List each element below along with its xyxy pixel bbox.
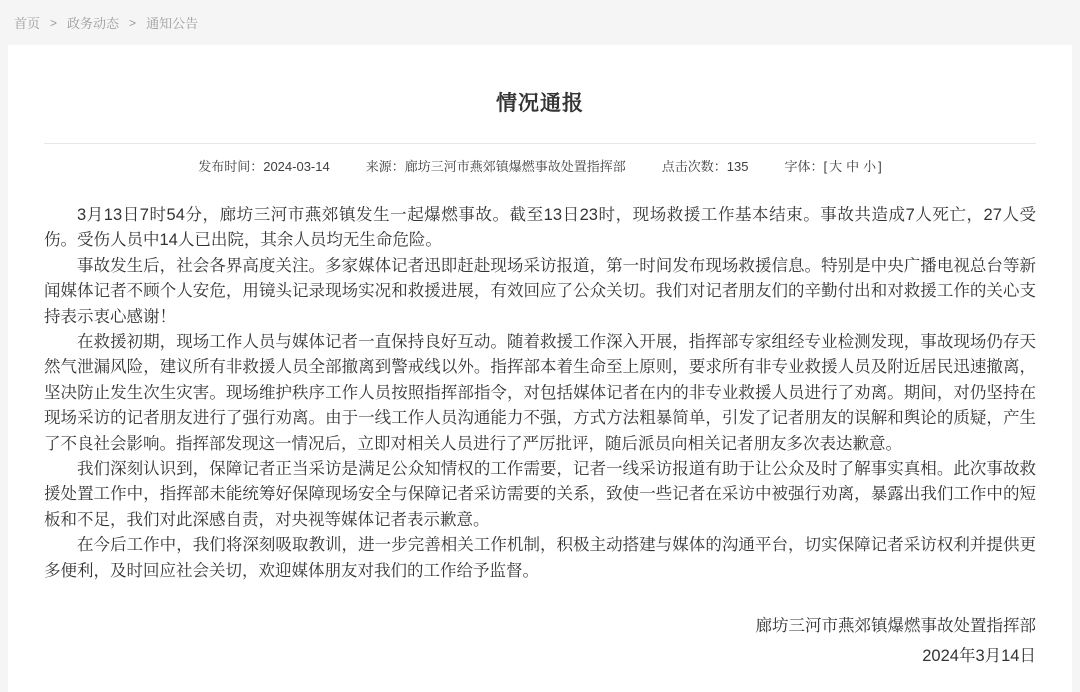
bracket-close: ] (878, 159, 882, 174)
breadcrumb-government-news[interactable]: 政务动态 (67, 13, 119, 32)
page-title: 情况通报 (44, 45, 1036, 143)
breadcrumb-separator: > (50, 16, 57, 30)
signature-block: 廊坊三河市燕郊镇爆燃事故处置指挥部 2024年3月14日 (44, 611, 1036, 671)
click-count-value: 135 (727, 159, 749, 174)
breadcrumb-notices[interactable]: 通知公告 (146, 13, 198, 32)
signature-org: 廊坊三河市燕郊镇爆燃事故处置指挥部 (44, 611, 1036, 641)
paragraph: 事故发生后，社会各界高度关注。多家媒体记者迅即赶赴现场采访报道，第一时间发布现场… (44, 254, 1036, 330)
bracket-open: [ (823, 159, 827, 174)
font-size-large-button[interactable]: 大 (829, 159, 842, 174)
paragraph: 3月13日7时54分，廊坊三河市燕郊镇发生一起爆燃事故。截至13日23时，现场救… (44, 203, 1036, 254)
click-count: 点击次数：135 (662, 156, 749, 175)
source-label: 来源： (366, 159, 405, 174)
publish-time-value: 2024-03-14 (263, 159, 330, 174)
article-meta: 发布时间：2024-03-14 来源：廊坊三河市燕郊镇爆燃事故处置指挥部 点击次… (44, 144, 1036, 175)
paragraph: 我们深刻认识到，保障记者正当采访是满足公众知情权的工作需要，记者一线采访报道有助… (44, 457, 1036, 533)
breadcrumb-separator: > (129, 16, 136, 30)
font-size-small-button[interactable]: 小 (863, 159, 876, 174)
font-size-medium-button[interactable]: 中 (846, 159, 859, 174)
breadcrumb: 首页 > 政务动态 > 通知公告 (0, 0, 1080, 45)
article-card: 情况通报 发布时间：2024-03-14 来源：廊坊三河市燕郊镇爆燃事故处置指挥… (8, 45, 1072, 692)
publish-time-label: 发布时间： (198, 159, 263, 174)
signature-date: 2024年3月14日 (44, 641, 1036, 671)
click-count-label: 点击次数： (662, 159, 727, 174)
article-body: 3月13日7时54分，廊坊三河市燕郊镇发生一起爆燃事故。截至13日23时，现场救… (44, 203, 1036, 584)
source: 来源：廊坊三河市燕郊镇爆燃事故处置指挥部 (366, 156, 626, 175)
paragraph: 在救援初期，现场工作人员与媒体记者一直保持良好互动。随着救援工作深入开展，指挥部… (44, 330, 1036, 457)
publish-time: 发布时间：2024-03-14 (198, 156, 330, 175)
paragraph: 在今后工作中，我们将深刻吸取教训，进一步完善相关工作机制，积极主动搭建与媒体的沟… (44, 533, 1036, 584)
breadcrumb-home[interactable]: 首页 (14, 13, 40, 32)
font-size-control: 字体：[大中小] (784, 156, 881, 175)
font-size-label: 字体： (784, 159, 823, 174)
source-value: 廊坊三河市燕郊镇爆燃事故处置指挥部 (405, 159, 626, 174)
